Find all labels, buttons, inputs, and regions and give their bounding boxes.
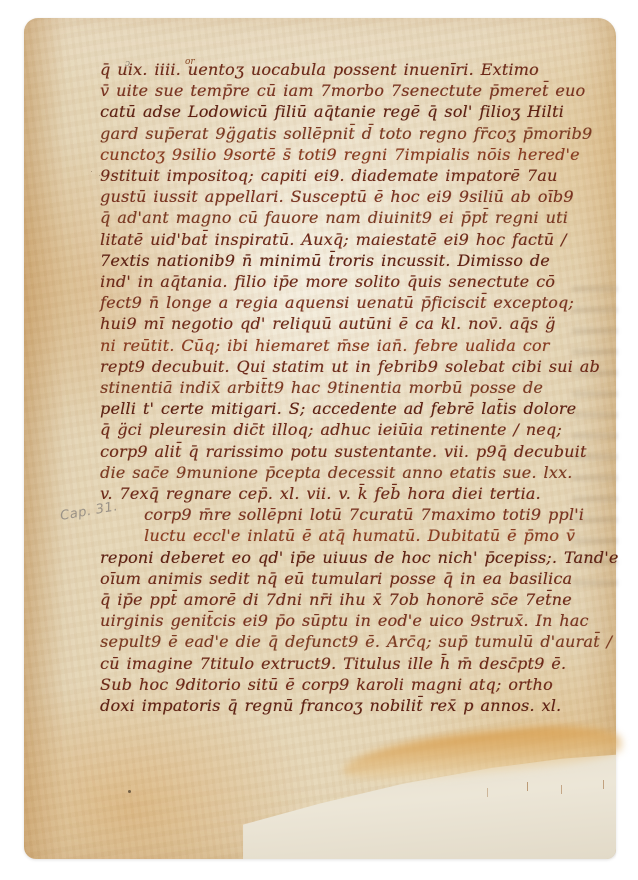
manuscript-text-line: litatē uid'bat̄ inspiratū. Auxq̄; maiest…	[100, 229, 576, 250]
manuscript-text-line: 9stituit impositoq; capiti ei9. diademat…	[100, 165, 576, 186]
manuscript-text-line: ni reūtit. Cūq; ibi hiemaret m̄se ian̄. …	[100, 335, 576, 356]
parchment-page: ɔ or Cap. 31. q̄ uix. iiii. uentoʒ uocab…	[24, 18, 616, 859]
manuscript-text-line: q̄ uix. iiii. uentoʒ uocabula possent in…	[100, 59, 576, 80]
manuscript-text-line: Sub hoc 9ditorio sitū ē corp9 karoli mag…	[100, 674, 576, 695]
manuscript-text-line: q̄ ip̄e ppt̄ amorē di 7dni nr̄i ihu x̄ 7…	[100, 589, 576, 610]
manuscript-text-line-chapter-start: luctu eccl'e inlatū ē atq̄ humatū. Dubit…	[100, 525, 576, 546]
manuscript-text-line: rept9 decubuit. Qui statim ut in febrib9…	[100, 356, 576, 377]
parchment-speck	[128, 790, 131, 793]
manuscript-text-line: q̄ ad'ant magno cū fauore nam diuinit9 e…	[100, 207, 576, 228]
underpage-hair-marks	[527, 782, 528, 791]
manuscript-text-line: gustū iussit appellari. Susceptū ē hoc e…	[100, 186, 576, 207]
manuscript-text-line-chapter-start: corp9 m̄re sollēpni lotū 7curatū 7maximo…	[100, 504, 576, 525]
manuscript-text-line: fect9 n̄ longe a regia aquensi uenatū p̄…	[100, 292, 576, 313]
manuscript-text-line: catū adse Lodowicū filiū aq̄tanie regē q…	[100, 101, 576, 122]
manuscript-text-line: v̄ uite sue temp̄re cū iam 7morbo 7senec…	[100, 80, 576, 101]
manuscript-text-line: doxi impatoris q̄ regnū francoʒ nobilit̄…	[100, 695, 576, 716]
manuscript-text-line: 7extis nationib9 n̄ minimū t̄roris incus…	[100, 250, 576, 271]
manuscript-text-line: pelli t' certe mitigari. S; accedente ad…	[100, 398, 576, 419]
manuscript-text-line: q̄ g̈ci pleuresin dic̄t illoq; adhuc iei…	[100, 419, 576, 440]
manuscript-text-line: cū imagine 7titulo extruct9. Titulus ill…	[100, 653, 576, 674]
manuscript-text-line: v. 7exq̄ regnare cep̄. xl. vii. v. k̄ fe…	[100, 483, 576, 504]
manuscript-scan: ɔ or Cap. 31. q̄ uix. iiii. uentoʒ uocab…	[0, 0, 638, 880]
manuscript-text-line: reponi deberet eo qd' ip̄e uiuus de hoc …	[100, 547, 576, 568]
manuscript-text-line: hui9 mī negotio qd' reliquū autūni ē ca …	[100, 313, 576, 334]
manuscript-text-line: oīum animis sedit nq̄ eū tumulari posse …	[100, 568, 576, 589]
manuscript-text-block: q̄ uix. iiii. uentoʒ uocabula possent in…	[100, 59, 576, 716]
manuscript-text-line: die sac̄e 9munione p̄cepta decessit anno…	[100, 462, 576, 483]
ink-show-through	[572, 286, 618, 586]
manuscript-text-line: cunctoʒ 9silio 9sortē s̄ toti9 regni 7im…	[100, 144, 576, 165]
manuscript-text-line: uirginis genit̄cis ei9 p̄o sūptu in eod'…	[100, 610, 576, 631]
manuscript-text-line: gard sup̄erat 9g̈gatis sollēpnit̄ d̄ tot…	[100, 123, 576, 144]
manuscript-text-line: ind' in aq̄tania. filio ip̄e more solito…	[100, 271, 576, 292]
manuscript-text-line: corp9 alit̄ q̄ rarissimo potu sustentant…	[100, 441, 576, 462]
manuscript-text-line: sepult9 ē ead'e die q̄ defunct9 ē. Arc̄q…	[100, 631, 576, 652]
manuscript-text-line: stinentiā indix̄ arbit̄t9 hac 9tinentia …	[100, 377, 576, 398]
